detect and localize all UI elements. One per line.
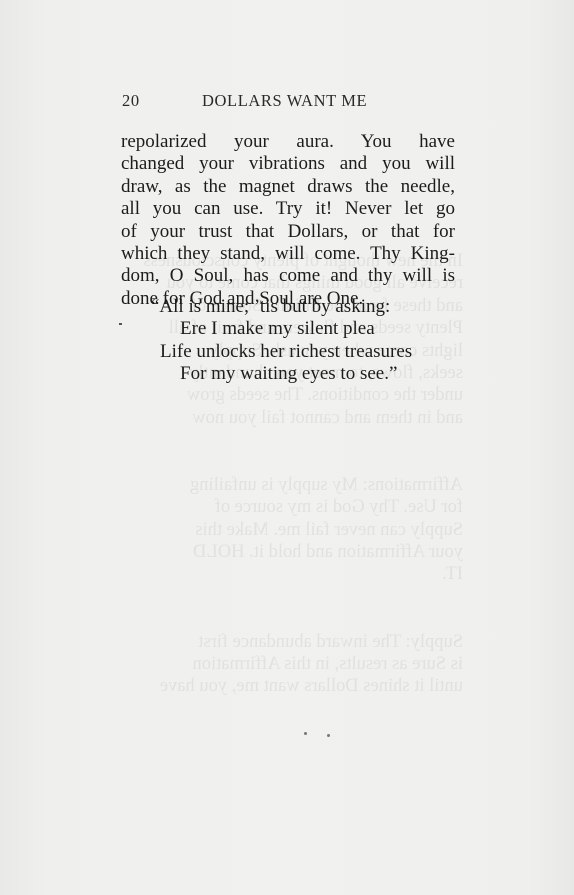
paragraph-line: repolarized your aura. You have [121,131,455,153]
paragraph-line: of your trust that Dollars, or that for [121,221,455,243]
paragraph-line: which they stand, will come. Thy King- [121,243,455,265]
scan-specks [304,731,334,739]
running-header: 20 DOLLARS WANT ME [120,91,460,113]
paragraph-line: draw, as the magnet draws the needle, [121,176,455,198]
speck [304,732,307,735]
body-paragraph: repolarized your aura. You have changed … [121,131,455,310]
verse-line: For my waiting eyes to see.” [121,363,461,385]
paragraph-line: dom, O Soul, has come and thy will is [121,265,455,287]
running-title: DOLLARS WANT ME [202,91,367,111]
speck [327,734,330,737]
verse-quotation: “All is mine; ’tis but by asking: Ere I … [121,296,461,386]
page-number: 20 [122,91,140,111]
scanned-book-page: In the new thought of plenty consciousne… [0,0,574,895]
paragraph-line: all you can use. Try it! Never let go [121,198,455,220]
verse-line: “All is mine; ’tis but by asking: [121,296,461,318]
verse-line: Life unlocks her richest treasures [121,341,461,363]
paragraph-line: changed your vibrations and you will [121,153,455,175]
verse-line: Ere I make my silent plea [121,318,461,340]
